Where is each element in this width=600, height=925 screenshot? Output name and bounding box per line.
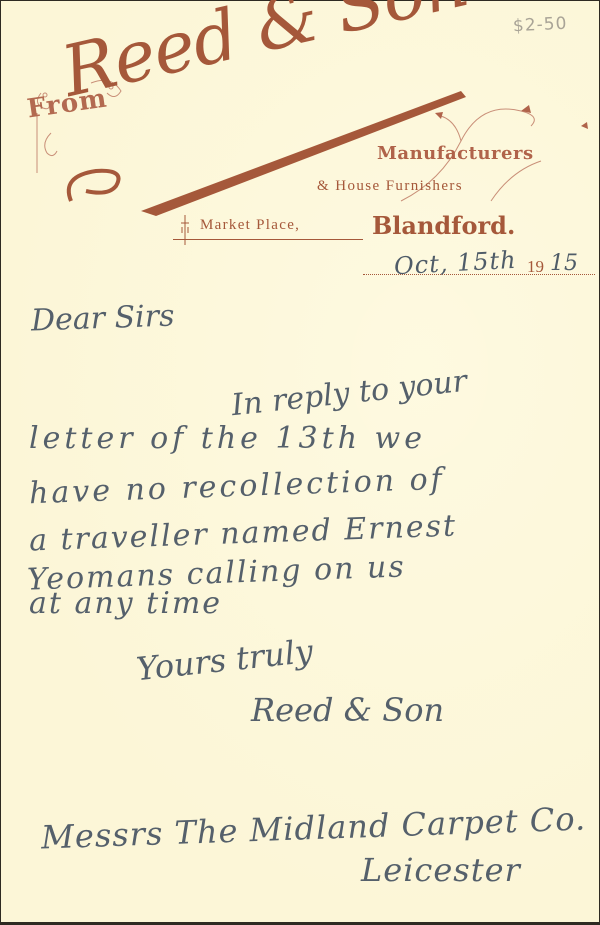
house-furnishers-line: & House Furnishers xyxy=(317,178,463,195)
pencil-price-note: $2-50 xyxy=(513,14,568,37)
body-line: at any time xyxy=(29,586,222,621)
body-line: In reply to your xyxy=(230,364,469,424)
closing: Yours truly xyxy=(134,632,314,688)
letter-paper: $2-50 From Reed & Son Manufacturers & Ho… xyxy=(1,1,599,922)
year-handwritten: 15 xyxy=(550,251,578,276)
cross-ornament-icon xyxy=(179,215,191,245)
signature: Reed & Son xyxy=(251,691,444,729)
body-line: have no recollection of xyxy=(29,462,446,511)
addressee-city: Leicester xyxy=(361,851,521,889)
year-printed-prefix: 19 xyxy=(527,257,544,277)
address-town: Blandford. xyxy=(372,211,515,240)
date-handwritten: Oct, 15th xyxy=(393,246,517,280)
salutation: Dear Sirs xyxy=(30,299,175,339)
body-line: letter of the 13th we xyxy=(29,421,426,456)
address-underline xyxy=(173,239,363,240)
address-street: Market Place, xyxy=(200,217,300,234)
addressee-line: Messrs The Midland Carpet Co. xyxy=(41,799,587,856)
manufacturers-line: Manufacturers xyxy=(377,143,534,164)
